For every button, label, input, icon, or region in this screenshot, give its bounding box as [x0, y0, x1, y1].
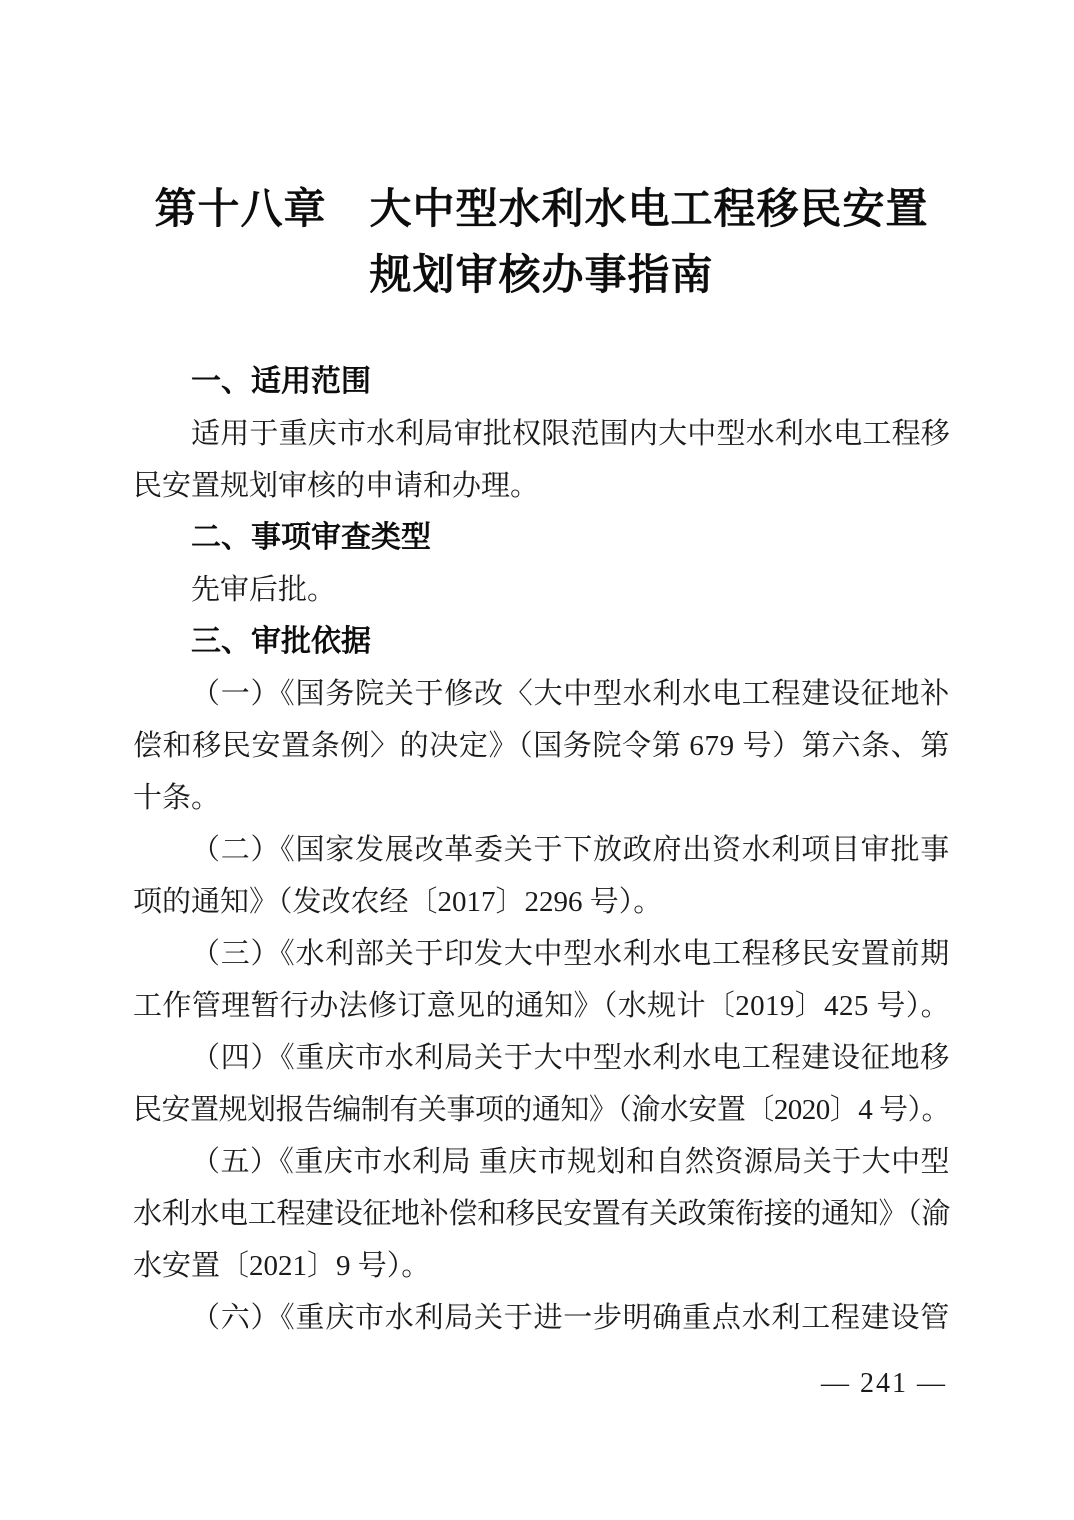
chapter-title-line-2: 规划审核办事指南 [133, 243, 950, 309]
body-text-line: （一）《国务院关于修改〈大中型水利水电工程建设征地补 [133, 668, 950, 720]
body-text: 一、适用范围 适用于重庆市水利局审批权限范围内大中型水利水电工程移 民安置规划审… [133, 356, 950, 1344]
chapter-title: 第十八章 大中型水利水电工程移民安置 规划审核办事指南 [133, 177, 950, 309]
body-text-span: 十条。 [133, 782, 220, 814]
section-heading-2: 二、事项审查类型 [133, 512, 950, 564]
body-text-line: 项的通知》（发改农经〔2017〕2296 号）。 [133, 876, 950, 928]
body-text-line: 水利水电工程建设征地补偿和移民安置有关政策衔接的通知》（渝 [133, 1188, 950, 1240]
body-text-span: （四）《重庆市水利局关于大中型水利水电工程建设征地移 [191, 1042, 950, 1074]
section-heading-3: 三、审批依据 [133, 616, 950, 668]
page-content: 第十八章 大中型水利水电工程移民安置 规划审核办事指南 一、适用范围 适用于重庆… [133, 177, 950, 1344]
section-heading-text: 一、适用范围 [191, 365, 371, 398]
body-text-line: （六）《重庆市水利局关于进一步明确重点水利工程建设管 [133, 1292, 950, 1344]
body-text-span: （三）《水利部关于印发大中型水利水电工程移民安置前期 [191, 938, 950, 970]
body-text-span: 工作管理暂行办法修订意见的通知》（水规计〔2019〕425 号）。 [133, 990, 950, 1022]
body-text-line: 民安置规划审核的申请和办理。 [133, 460, 950, 512]
body-text-span: 先审后批。 [191, 574, 336, 606]
body-text-line: 适用于重庆市水利局审批权限范围内大中型水利水电工程移 [133, 408, 950, 460]
body-text-line: 水安置〔2021〕9 号）。 [133, 1240, 950, 1292]
body-text-span: 民安置规划报告编制有关事项的通知》（渝水安置〔2020〕4 号）。 [133, 1094, 950, 1126]
body-text-span: 水安置〔2021〕9 号）。 [133, 1250, 430, 1282]
section-heading-text: 二、事项审查类型 [191, 521, 431, 554]
body-text-span: 项的通知》（发改农经〔2017〕2296 号）。 [133, 886, 662, 918]
body-text-span: （一）《国务院关于修改〈大中型水利水电工程建设征地补 [191, 678, 950, 710]
body-text-line: 先审后批。 [133, 564, 950, 616]
body-text-line: 民安置规划报告编制有关事项的通知》（渝水安置〔2020〕4 号）。 [133, 1084, 950, 1136]
section-heading-1: 一、适用范围 [133, 356, 950, 408]
body-text-line: 工作管理暂行办法修订意见的通知》（水规计〔2019〕425 号）。 [133, 980, 950, 1032]
body-text-span: 水利水电工程建设征地补偿和移民安置有关政策衔接的通知》（渝 [133, 1198, 950, 1230]
body-text-span: 偿和移民安置条例〉的决定》（国务院令第 679 号）第六条、第 [133, 730, 950, 762]
body-text-span: （六）《重庆市水利局关于进一步明确重点水利工程建设管 [191, 1302, 950, 1334]
body-text-line: （二）《国家发展改革委关于下放政府出资水利项目审批事 [133, 824, 950, 876]
body-text-span: （二）《国家发展改革委关于下放政府出资水利项目审批事 [191, 834, 950, 866]
body-text-span: 民安置规划审核的申请和办理。 [133, 470, 539, 502]
body-text-line: 十条。 [133, 772, 950, 824]
page-number: — 241 — [821, 1368, 947, 1400]
chapter-title-line-1: 第十八章 大中型水利水电工程移民安置 [133, 177, 950, 243]
body-text-span: （五）《重庆市水利局 重庆市规划和自然资源局关于大中型 [191, 1146, 950, 1178]
body-text-line: 偿和移民安置条例〉的决定》（国务院令第 679 号）第六条、第 [133, 720, 950, 772]
body-text-line: （四）《重庆市水利局关于大中型水利水电工程建设征地移 [133, 1032, 950, 1084]
body-text-line: （五）《重庆市水利局 重庆市规划和自然资源局关于大中型 [133, 1136, 950, 1188]
body-text-span: 适用于重庆市水利局审批权限范围内大中型水利水电工程移 [191, 418, 950, 450]
document-page: 第十八章 大中型水利水电工程移民安置 规划审核办事指南 一、适用范围 适用于重庆… [0, 0, 1074, 1520]
body-text-line: （三）《水利部关于印发大中型水利水电工程移民安置前期 [133, 928, 950, 980]
section-heading-text: 三、审批依据 [191, 625, 371, 658]
